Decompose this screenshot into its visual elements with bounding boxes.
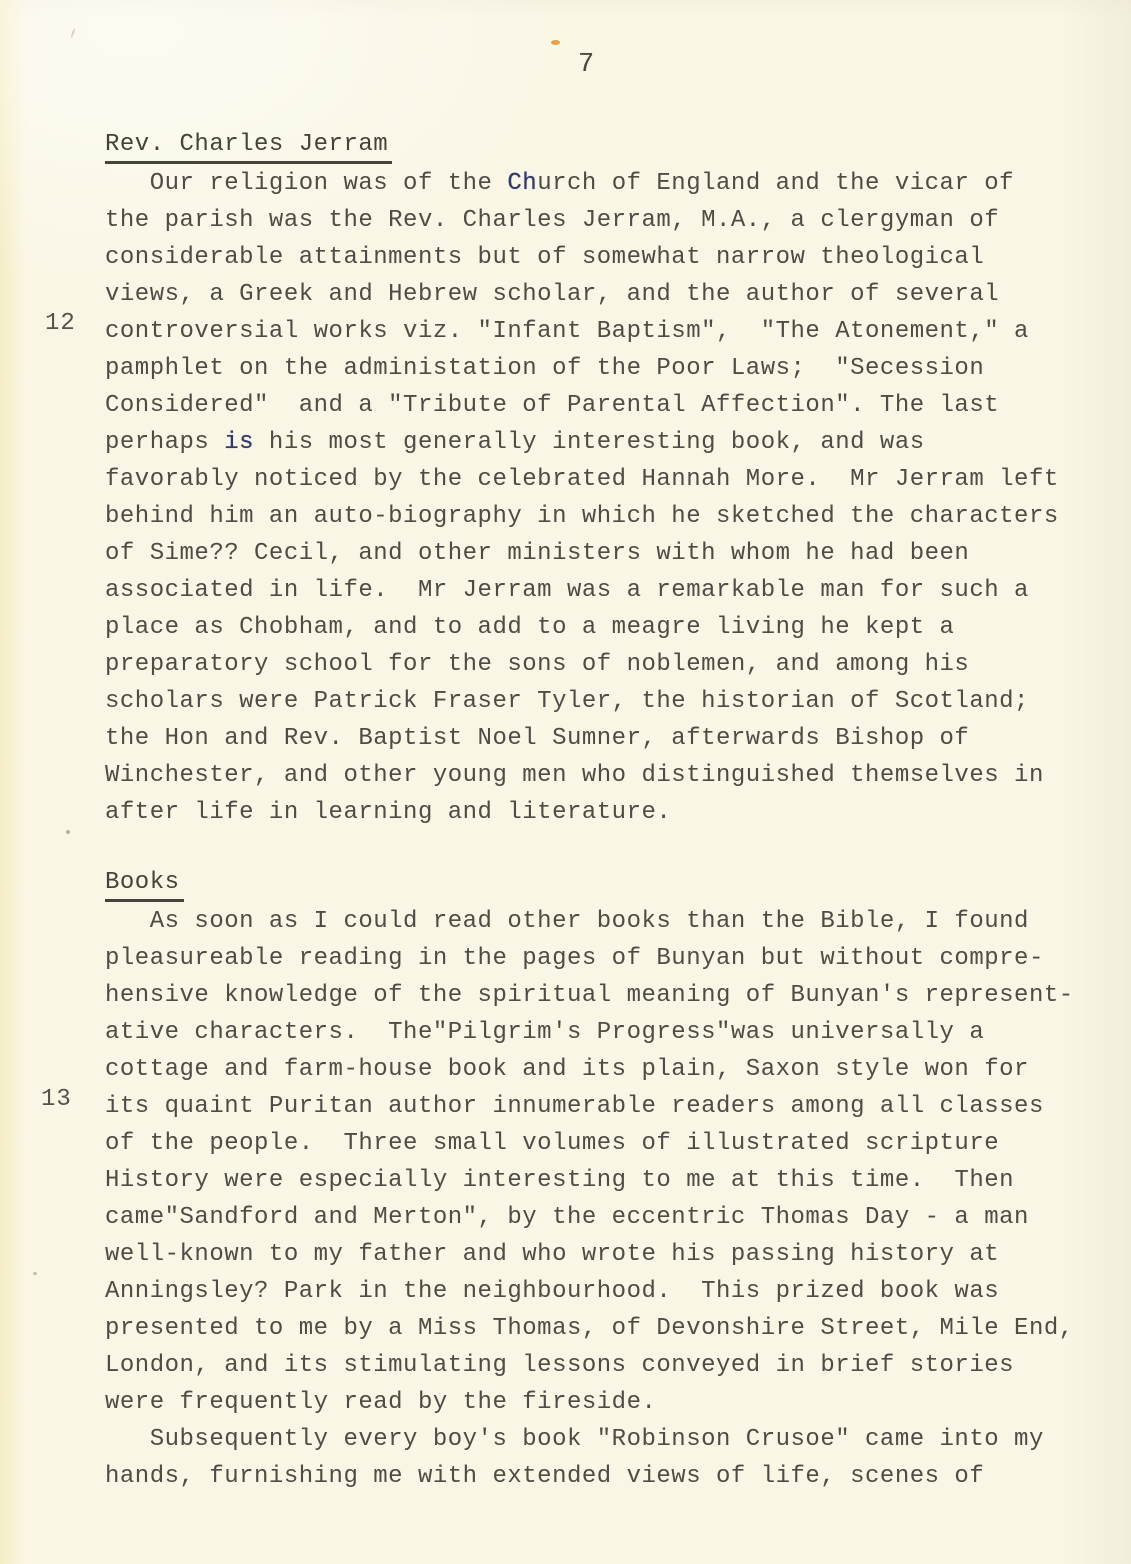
text-line: hands, furnishing me with extended views… xyxy=(105,1458,1115,1495)
paper-speck-orange xyxy=(551,40,560,45)
text-line: scholars were Patrick Fraser Tyler, the … xyxy=(105,683,1115,720)
text-line: As soon as I could read other books than… xyxy=(105,903,1115,940)
margin-paragraph-number-13: 13 xyxy=(41,1086,72,1113)
text-line: favorably noticed by the celebrated Hann… xyxy=(105,461,1115,498)
text-line: Our religion was of the Church of Englan… xyxy=(105,165,1115,202)
overstruck-text: Ch xyxy=(507,170,537,197)
text-line: controversial works viz. "Infant Baptism… xyxy=(105,313,1115,350)
text-line: place as Chobham, and to add to a meagre… xyxy=(105,609,1115,646)
page-number: 7 xyxy=(578,50,595,80)
text-line: ative characters. The"Pilgrim's Progress… xyxy=(105,1014,1115,1051)
text-line: perhaps is his most generally interestin… xyxy=(105,424,1115,461)
section-heading-text: Rev. Charles Jerram xyxy=(105,128,392,164)
text-line: came"Sandford and Merton", by the eccent… xyxy=(105,1199,1115,1236)
margin-paragraph-number-12: 12 xyxy=(45,310,76,337)
text-line: cottage and farm-house book and its plai… xyxy=(105,1051,1115,1088)
text-line: Considered" and a "Tribute of Parental A… xyxy=(105,387,1115,424)
section-gap xyxy=(105,831,1115,866)
text-line: considerable attainments but of somewhat… xyxy=(105,239,1115,276)
text-line: of Sime?? Cecil, and other ministers wit… xyxy=(105,535,1115,572)
text-line: London, and its stimulating lessons conv… xyxy=(105,1347,1115,1384)
paper-speck-dot xyxy=(33,1272,37,1275)
text-line: after life in learning and literature. xyxy=(105,794,1115,831)
text-line: preparatory school for the sons of noble… xyxy=(105,646,1115,683)
text-line: hensive knowledge of the spiritual meani… xyxy=(105,977,1115,1014)
text-line: History were especially interesting to m… xyxy=(105,1162,1115,1199)
paper-speck-dot xyxy=(66,830,70,834)
text-segment: Our religion was of the xyxy=(105,170,507,197)
text-line: Winchester, and other young men who dist… xyxy=(105,757,1115,794)
text-line: the parish was the Rev. Charles Jerram, … xyxy=(105,202,1115,239)
overstruck-text: is xyxy=(224,429,254,456)
text-line: of the people. Three small volumes of il… xyxy=(105,1125,1115,1162)
text-segment: perhaps xyxy=(105,429,224,456)
text-segment: urch of England and the vicar of xyxy=(537,170,1014,197)
text-line: Anningsley? Park in the neighbourhood. T… xyxy=(105,1273,1115,1310)
text-line: presented to me by a Miss Thomas, of Dev… xyxy=(105,1310,1115,1347)
text-line: the Hon and Rev. Baptist Noel Sumner, af… xyxy=(105,720,1115,757)
text-line: Subsequently every boy's book "Robinson … xyxy=(105,1421,1115,1458)
typewritten-text-body: Rev. Charles Jerram Our religion was of … xyxy=(105,128,1115,1495)
text-segment: his most generally interesting book, and… xyxy=(254,429,925,456)
text-line: were frequently read by the fireside. xyxy=(105,1384,1115,1421)
section-heading-text: Books xyxy=(105,866,184,902)
paper-speck-slash xyxy=(70,28,75,38)
section-heading-jerram: Rev. Charles Jerram xyxy=(105,128,1115,165)
text-line: associated in life. Mr Jerram was a rema… xyxy=(105,572,1115,609)
text-line: behind him an auto-biography in which he… xyxy=(105,498,1115,535)
text-line: its quaint Puritan author innumerable re… xyxy=(105,1088,1115,1125)
text-line: well-known to my father and who wrote hi… xyxy=(105,1236,1115,1273)
scanned-document-page: 7 12 13 Rev. Charles Jerram Our religion… xyxy=(0,0,1131,1564)
text-line: pamphlet on the administation of the Poo… xyxy=(105,350,1115,387)
text-line: views, a Greek and Hebrew scholar, and t… xyxy=(105,276,1115,313)
section-heading-books: Books xyxy=(105,866,1115,903)
text-line: pleasureable reading in the pages of Bun… xyxy=(105,940,1115,977)
